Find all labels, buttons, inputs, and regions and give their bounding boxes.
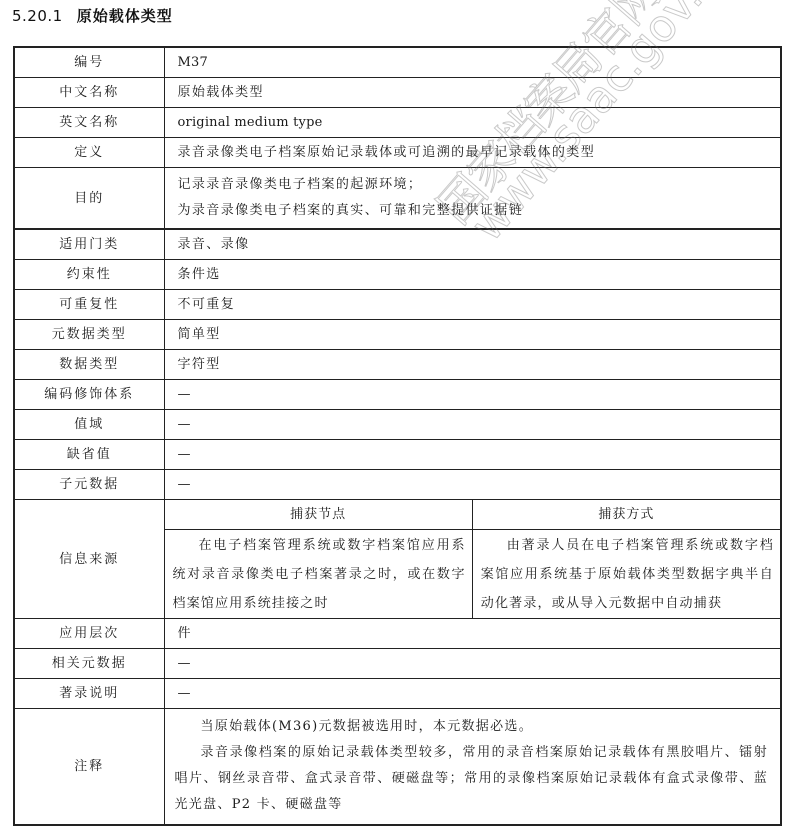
row-label: 数据类型 — [14, 350, 164, 380]
capture-node-header: 捕获节点 — [165, 500, 473, 530]
row-label: 缺省值 — [14, 440, 164, 470]
table-row-repeatable: 可重复性 不可重复 — [14, 290, 781, 320]
row-label: 英文名称 — [14, 108, 164, 138]
row-label: 相关元数据 — [14, 649, 164, 679]
table-row-value-range: 值域 — — [14, 410, 781, 440]
table-row-info-source: 信息来源 捕获节点 捕获方式 在电子档案管理系统或数字档案馆应用系统对录音录像类… — [14, 500, 781, 619]
table-row-constraint: 约束性 条件选 — [14, 260, 781, 290]
table-row-purpose: 目的 记录录音录像类电子档案的起源环境； 为录音录像类电子档案的真实、可靠和完整… — [14, 168, 781, 230]
row-value: 录音、录像 — [164, 229, 781, 260]
row-value: 原始载体类型 — [164, 78, 781, 108]
row-value: M37 — [164, 47, 781, 78]
info-source-cell: 捕获节点 捕获方式 在电子档案管理系统或数字档案馆应用系统对录音录像类电子档案著… — [164, 500, 781, 619]
capture-method-text: 由著录人员在电子档案管理系统或数字档案馆应用系统基于原始载体类型数据字典半自动化… — [472, 530, 780, 619]
row-value: 简单型 — [164, 320, 781, 350]
row-label: 编码修饰体系 — [14, 380, 164, 410]
row-label: 元数据类型 — [14, 320, 164, 350]
row-value: 录音录像类电子档案原始记录载体或可追溯的最早记录载体的类型 — [164, 138, 781, 168]
table-row-related: 相关元数据 — — [14, 649, 781, 679]
section-title-text: 原始载体类型 — [77, 7, 173, 25]
notes-cell: 当原始载体(M36)元数据被选用时，本元数据必选。 录音录像档案的原始记录载体类… — [164, 709, 781, 826]
row-label: 约束性 — [14, 260, 164, 290]
row-value: 记录录音录像类电子档案的起源环境； 为录音录像类电子档案的真实、可靠和完整提供证… — [164, 168, 781, 230]
row-label: 值域 — [14, 410, 164, 440]
table-row-data-type: 数据类型 字符型 — [14, 350, 781, 380]
row-label: 著录说明 — [14, 679, 164, 709]
table-row-sub-elements: 子元数据 — — [14, 470, 781, 500]
metadata-element-table: 编号 M37 中文名称 原始载体类型 英文名称 original medium … — [13, 46, 782, 826]
row-value: — — [164, 410, 781, 440]
section-heading: 5.20.1原始载体类型 — [12, 5, 173, 26]
row-label: 子元数据 — [14, 470, 164, 500]
table-row-cn-name: 中文名称 原始载体类型 — [14, 78, 781, 108]
row-value: — — [164, 380, 781, 410]
notes-paragraph: 当原始载体(M36)元数据被选用时，本元数据必选。 — [175, 714, 769, 740]
table-row-definition: 定义 录音录像类电子档案原始记录载体或可追溯的最早记录载体的类型 — [14, 138, 781, 168]
info-source-header-row: 捕获节点 捕获方式 — [165, 500, 781, 530]
row-value: original medium type — [164, 108, 781, 138]
purpose-line: 为录音录像类电子档案的真实、可靠和完整提供证据链 — [178, 198, 768, 224]
table-row-level: 应用层次 件 — [14, 619, 781, 649]
row-value: 字符型 — [164, 350, 781, 380]
row-value: — — [164, 649, 781, 679]
notes-paragraph: 录音录像档案的原始记录载体类型较多，常用的录音档案原始记录载体有黑胶唱片、镭射唱… — [175, 740, 769, 818]
table-row-notes: 注释 当原始载体(M36)元数据被选用时，本元数据必选。 录音录像档案的原始记录… — [14, 709, 781, 826]
row-value: — — [164, 470, 781, 500]
capture-method-header: 捕获方式 — [472, 500, 780, 530]
row-label: 定义 — [14, 138, 164, 168]
row-value: 不可重复 — [164, 290, 781, 320]
row-value: 条件选 — [164, 260, 781, 290]
table-row-default-value: 缺省值 — — [14, 440, 781, 470]
table-row-en-name: 英文名称 original medium type — [14, 108, 781, 138]
row-value: — — [164, 679, 781, 709]
row-label: 可重复性 — [14, 290, 164, 320]
table-row-description-note: 著录说明 — — [14, 679, 781, 709]
row-value: — — [164, 440, 781, 470]
purpose-line: 记录录音录像类电子档案的起源环境； — [178, 172, 768, 198]
row-label: 编号 — [14, 47, 164, 78]
table-row-encoding-scheme: 编码修饰体系 — — [14, 380, 781, 410]
table-row-id: 编号 M37 — [14, 47, 781, 78]
row-label: 中文名称 — [14, 78, 164, 108]
row-label: 信息来源 — [14, 500, 164, 619]
row-label: 目的 — [14, 168, 164, 230]
capture-node-text: 在电子档案管理系统或数字档案馆应用系统对录音录像类电子档案著录之时，或在数字档案… — [165, 530, 473, 619]
table-row-metadata-type: 元数据类型 简单型 — [14, 320, 781, 350]
row-label: 应用层次 — [14, 619, 164, 649]
section-number: 5.20.1 — [12, 7, 63, 25]
table-row-category: 适用门类 录音、录像 — [14, 229, 781, 260]
info-source-subtable: 捕获节点 捕获方式 在电子档案管理系统或数字档案馆应用系统对录音录像类电子档案著… — [165, 500, 781, 618]
row-label: 注释 — [14, 709, 164, 826]
info-source-body-row: 在电子档案管理系统或数字档案馆应用系统对录音录像类电子档案著录之时，或在数字档案… — [165, 530, 781, 619]
row-value: 件 — [164, 619, 781, 649]
row-label: 适用门类 — [14, 229, 164, 260]
